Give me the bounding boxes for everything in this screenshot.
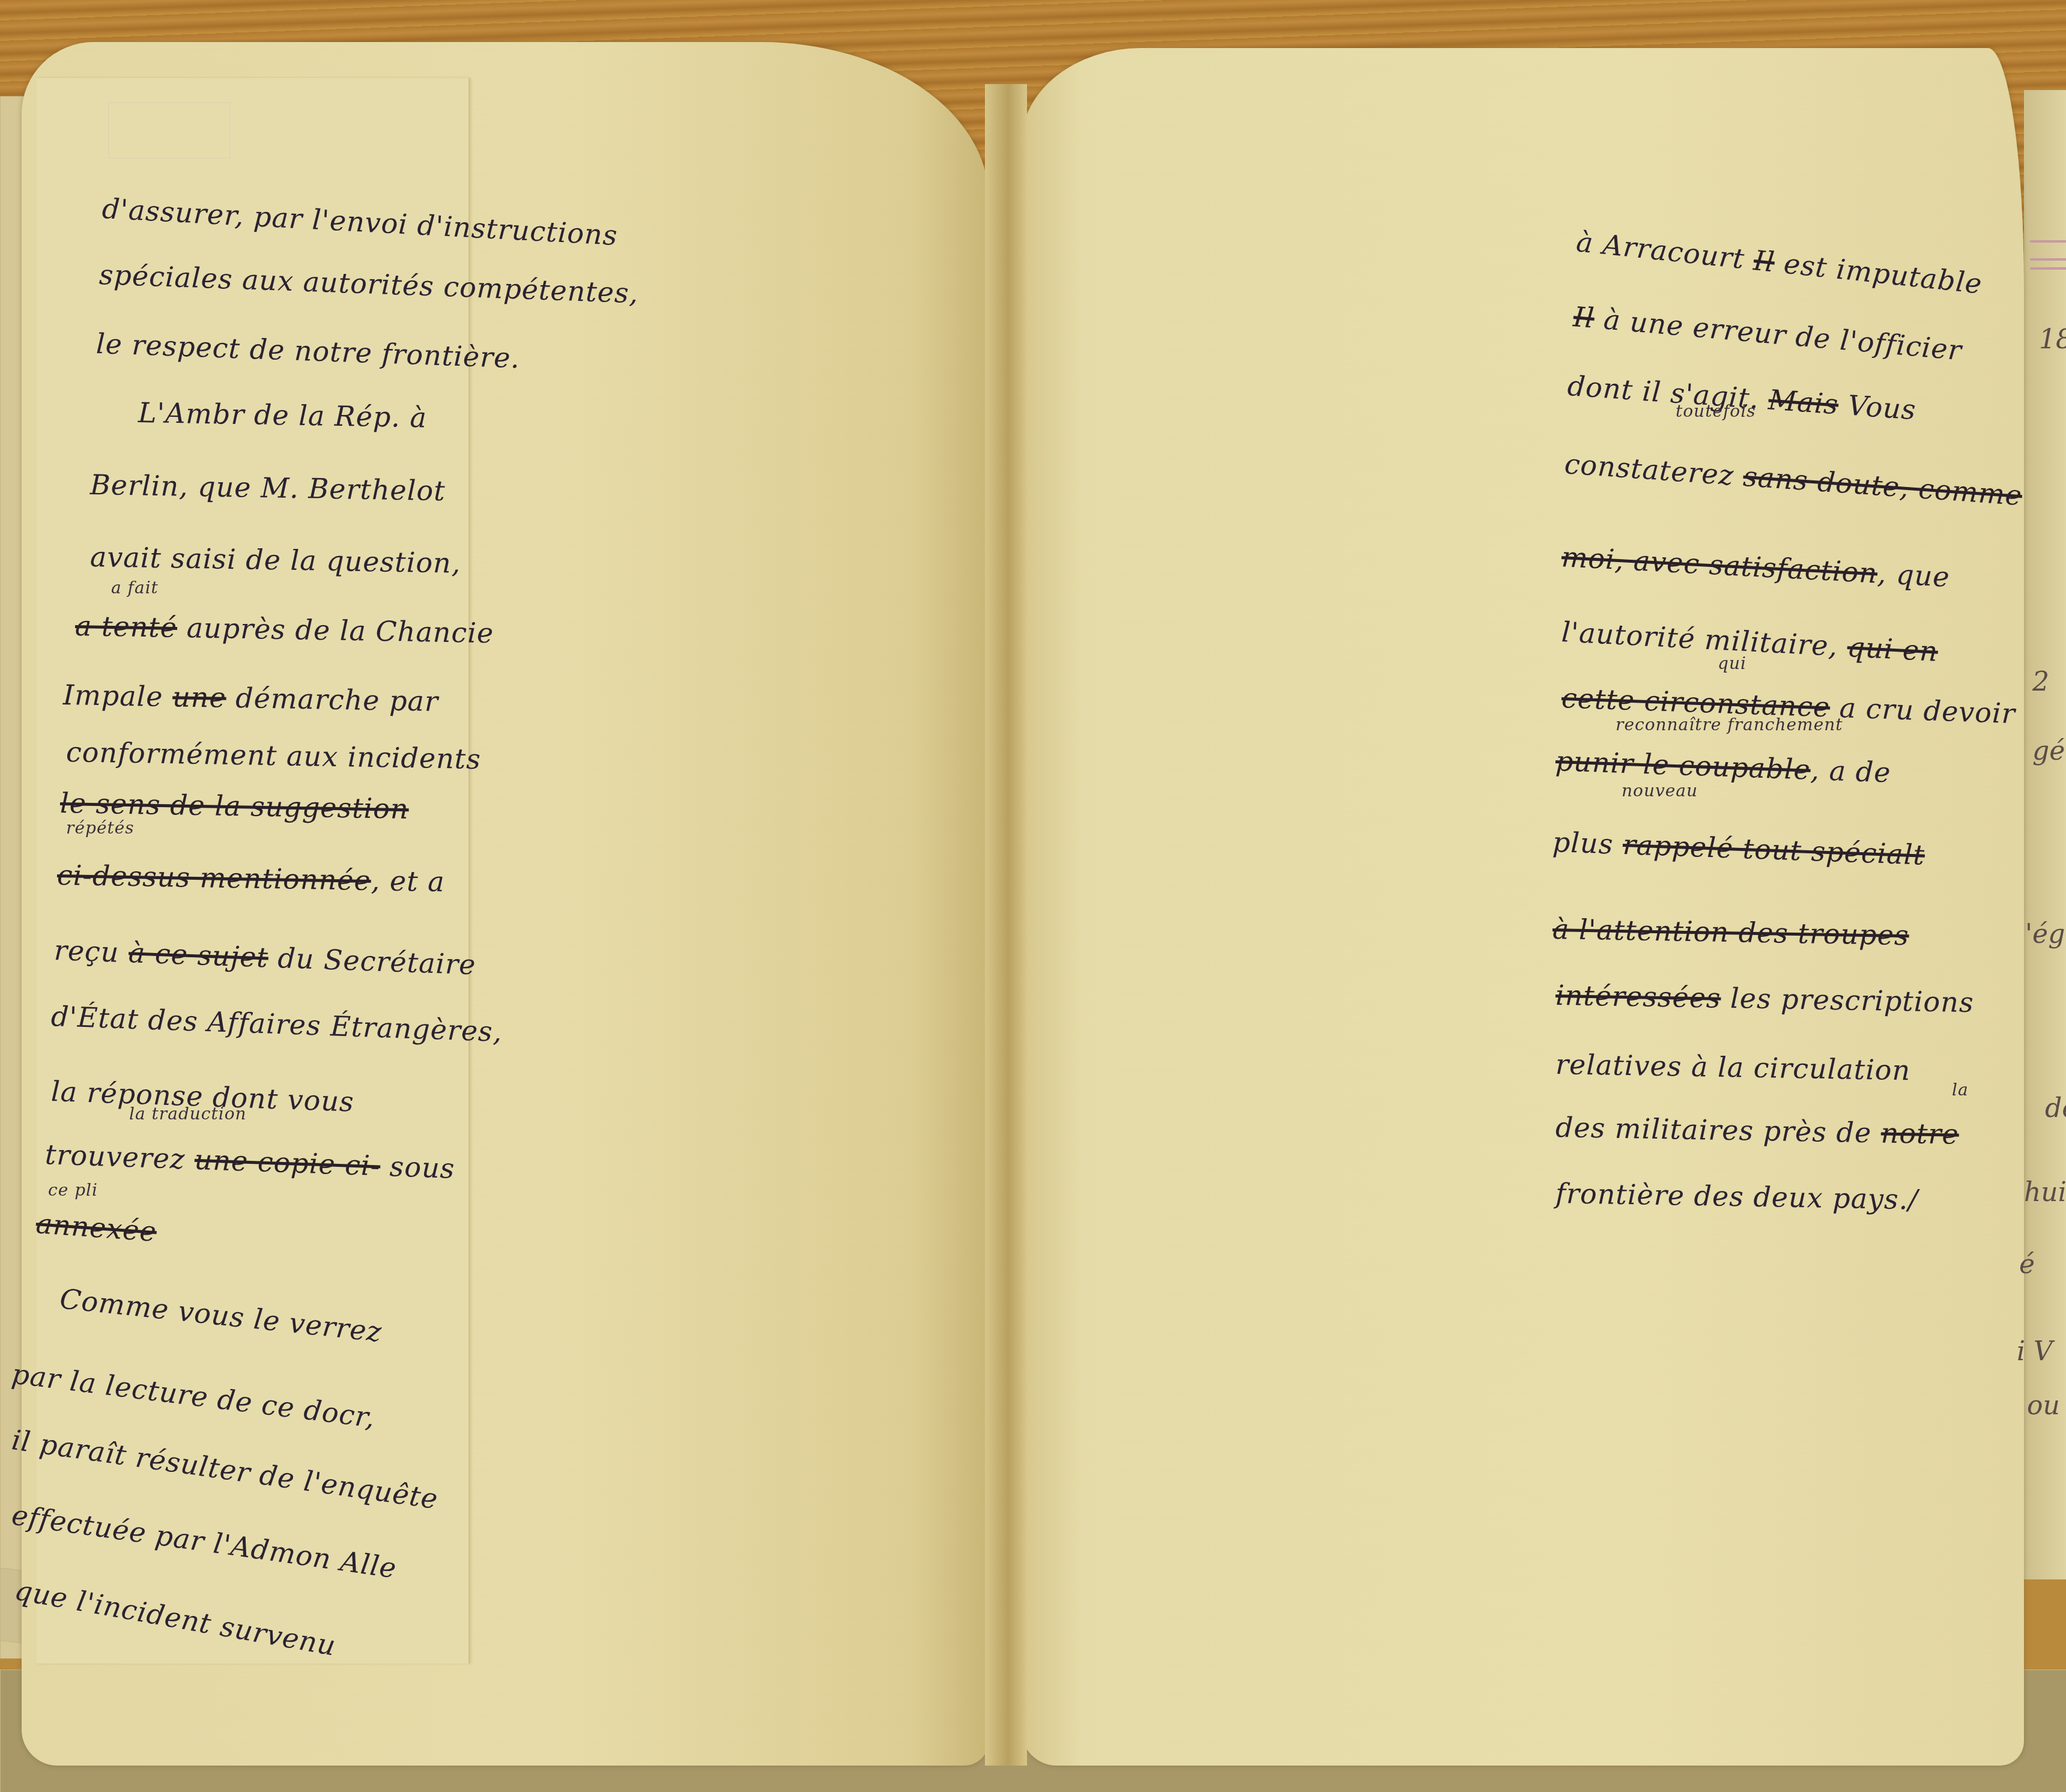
handwritten-line: Impale une démarche par: [63, 679, 439, 718]
line-text: frontière des deux pays./: [1556, 1177, 1919, 1216]
line-text-continued: sous: [380, 1150, 455, 1185]
struck-through-text: ci-dessus mentionnée: [57, 859, 372, 897]
struck-through-text: qui en: [1846, 631, 1939, 668]
struck-through-text: à ce sujet: [128, 936, 269, 973]
line-text: avait saisi de la question,: [90, 540, 461, 580]
adjacent-document-fragment: i V: [2017, 1336, 2053, 1367]
interlinear-insertion: ce pli: [48, 1180, 98, 1200]
line-text: qui: [1718, 653, 1746, 673]
line-text: Berlin, que M. Berthelot: [90, 468, 446, 507]
line-text-continued: a cru devoir: [1829, 691, 2016, 730]
pink-ruled-line: [2030, 258, 2066, 261]
line-text: la: [1952, 1080, 1969, 1100]
adjacent-document-fragment: 'égu: [2025, 919, 2066, 949]
pink-ruled-line: [2030, 267, 2066, 270]
struck-through-text: une copie ci-: [194, 1143, 381, 1182]
interlinear-insertion: toutefois: [1676, 401, 1756, 421]
line-text-continued: les prescriptions: [1721, 982, 1974, 1019]
line-text-continued: Vous: [1837, 389, 1917, 426]
right-page: [1021, 48, 2024, 1766]
line-text: reconnaître franchement: [1616, 715, 1843, 734]
struck-through-text: a tenté: [75, 610, 178, 644]
struck-through-text: intéressées: [1556, 979, 1721, 1014]
handwritten-line: avait saisi de la question,: [90, 540, 461, 580]
interlinear-insertion: la traduction: [129, 1104, 247, 1124]
line-text: ce pli: [48, 1180, 98, 1200]
struck-through-text: Il: [1752, 244, 1776, 278]
line-text-continued: , a de: [1810, 754, 1892, 789]
adjacent-document-fragment: ou: [2027, 1390, 2060, 1421]
line-text: la traduction: [129, 1104, 247, 1124]
struck-through-text: Mais: [1768, 383, 1840, 420]
line-text: relatives à la circulation: [1556, 1048, 1911, 1086]
line-text: nouveau: [1622, 781, 1698, 801]
line-text: des militaires près de: [1556, 1111, 1872, 1149]
interlinear-insertion: qui: [1718, 653, 1746, 673]
line-text: toutefois: [1676, 401, 1756, 421]
line-text-continued: auprès de la Chancie: [177, 611, 494, 649]
book-gutter: [985, 84, 1027, 1766]
interlinear-insertion: a fait: [111, 578, 159, 598]
adjacent-document-fragment: de: [2045, 1093, 2066, 1124]
line-text-continued: , et a: [371, 864, 445, 898]
line-text: répétés: [66, 818, 135, 838]
line-text: plus: [1552, 826, 1614, 861]
interlinear-insertion: nouveau: [1622, 781, 1698, 801]
adjacent-document-fragment: é: [2019, 1249, 2035, 1280]
interlinear-insertion: répétés: [66, 818, 135, 838]
line-text: L'Ambr de la Rép. à: [138, 396, 428, 434]
handwritten-line: L'Ambr de la Rép. à: [138, 396, 428, 434]
adjacent-document-fragment: gé: [2032, 736, 2065, 766]
adjacent-document-fragment: 2: [2032, 667, 2049, 697]
line-text: Impale: [63, 679, 164, 713]
handwritten-line: relatives à la circulation: [1556, 1048, 1911, 1086]
struck-through-text: Il: [1572, 300, 1596, 334]
line-text: a fait: [111, 578, 159, 598]
line-text: reçu: [53, 934, 120, 969]
line-text-continued: , que: [1877, 557, 1951, 593]
slip-label-box: [108, 102, 231, 159]
struck-through-text: une: [172, 680, 226, 714]
adjacent-document-fragment: 18: [2039, 324, 2066, 355]
handwritten-line: frontière des deux pays./: [1556, 1177, 1919, 1216]
handwritten-line: Berlin, que M. Berthelot: [90, 468, 446, 507]
line-text: trouverez: [44, 1138, 186, 1175]
handwritten-line: à l'attention des troupes: [1553, 913, 1910, 951]
handwritten-line: ci-dessus mentionnée, et a: [57, 859, 446, 898]
struck-through-text: à l'attention des troupes: [1553, 913, 1910, 951]
interlinear-insertion: la: [1952, 1080, 1969, 1100]
pink-ruled-line: [2030, 240, 2066, 243]
struck-through-text: notre: [1880, 1116, 1959, 1150]
line-text-continued: démarche par: [226, 682, 438, 718]
adjacent-document-fragment: huit: [2024, 1177, 2066, 1208]
interlinear-insertion: reconnaître franchement: [1616, 715, 1843, 734]
